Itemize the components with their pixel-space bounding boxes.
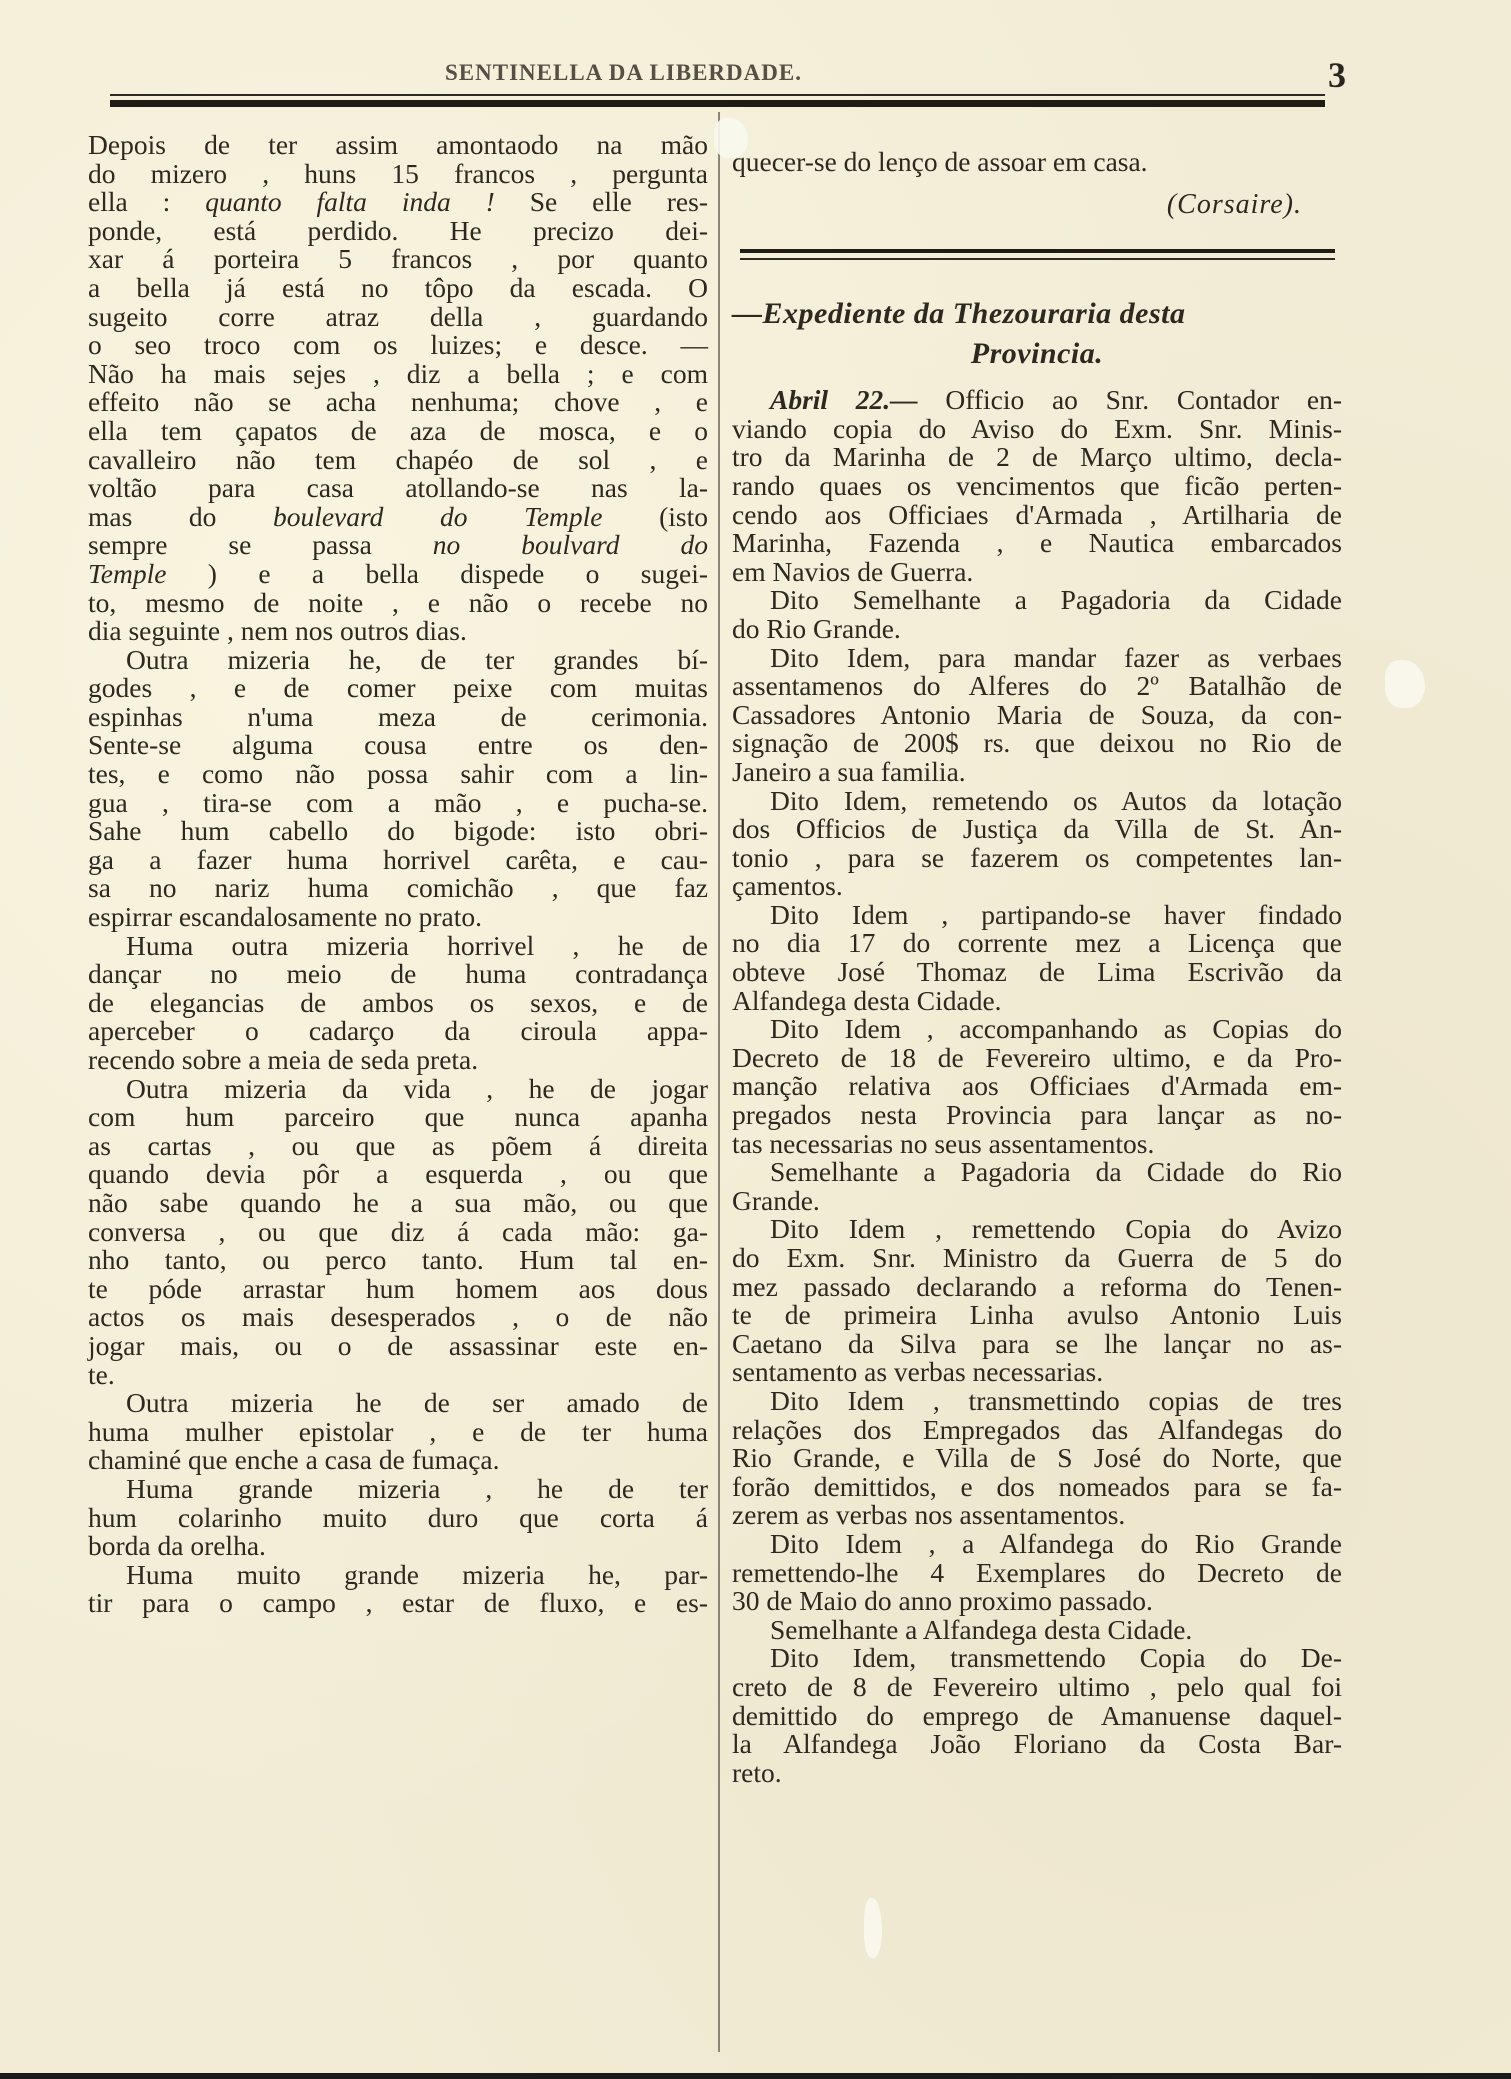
text-line: nho tanto, ou perco tanto. Hum tal en- xyxy=(88,1246,708,1275)
page-number: 3 xyxy=(1328,54,1346,96)
text-line: creto de 8 de Fevereiro ultimo , pelo qu… xyxy=(732,1673,1342,1702)
paragraph: Outra mizeria he, de ter grandes bí- god… xyxy=(88,646,708,932)
continuation-line: quecer-se do lenço de assoar em casa. xyxy=(732,148,1342,177)
text-line: tes, e como não possa sahir com a lin- xyxy=(88,760,708,789)
text-line: de elegancias de ambos os sexos, e de xyxy=(88,989,708,1018)
text-line: Huma outra mizeria horrivel , he de xyxy=(88,932,708,961)
header-rule-thin xyxy=(110,94,1325,96)
paper-tear xyxy=(714,118,748,158)
text-line: rando quaes os vencimentos que ficão per… xyxy=(732,472,1342,501)
text-line: espirrar escandalosamente no prato. xyxy=(88,903,708,932)
text-line: tro da Marinha de 2 de Março ultimo, dec… xyxy=(732,443,1342,472)
list-item: Semelhante a Pagadoria da Cidade do Rio … xyxy=(732,1158,1342,1215)
text-line: quando devia pôr a esquerda , ou que xyxy=(88,1160,708,1189)
paragraph: Huma grande mizeria , he de ter hum cola… xyxy=(88,1475,708,1561)
paper-tear xyxy=(1385,660,1425,708)
text-line: te. xyxy=(88,1361,708,1390)
paragraph: Outra mizeria he de ser amado de huma mu… xyxy=(88,1389,708,1475)
text-line: Dito Idem , remettendo Copia do Avizo xyxy=(732,1215,1342,1244)
text-line: hum colarinho muito duro que corta á xyxy=(88,1504,708,1533)
divider-rule-thin xyxy=(740,258,1335,260)
text-line: voltão para casa atollando-se nas la- xyxy=(88,474,708,503)
text-line: Sahe hum cabello do bigode: isto obri- xyxy=(88,817,708,846)
text-line: demittido do emprego de Amanuense daquel… xyxy=(732,1702,1342,1731)
text-line: com hum parceiro que nunca apanha xyxy=(88,1103,708,1132)
text-line: Grande. xyxy=(732,1187,1342,1216)
dateline: Abril 22.— xyxy=(770,384,918,415)
text-line: cavalleiro não tem chapéo de sol , e xyxy=(88,446,708,475)
text-line: conversa , ou que diz á cada mão: ga- xyxy=(88,1218,708,1247)
text-line: não sabe quando he a sua mão, ou que xyxy=(88,1189,708,1218)
text-line: tir para o campo , estar de fluxo, e es- xyxy=(88,1589,708,1618)
text-line: remettendo-lhe 4 Exemplares do Decreto d… xyxy=(732,1559,1342,1588)
divider-rule-thick xyxy=(740,249,1335,253)
text-line: jogar mais, ou o de assassinar este en- xyxy=(88,1332,708,1361)
text-line: recendo sobre a meia de seda preta. xyxy=(88,1046,708,1075)
text-line: Depois de ter assim amontaodo na mão xyxy=(88,131,708,160)
paragraph: Depois de ter assim amontaodo na mão do … xyxy=(88,131,708,646)
text-line: Marinha, Fazenda , e Nautica embarcados xyxy=(732,529,1342,558)
list-item: Dito Idem , a Alfandega do Rio Grande re… xyxy=(732,1530,1342,1616)
text-line: Cassadores Antonio Maria de Souza, da co… xyxy=(732,701,1342,730)
list-item: Dito Semelhante a Pagadoria da Cidade do… xyxy=(732,586,1342,643)
list-item: Dito Idem , accompanhando as Copias do D… xyxy=(732,1015,1342,1158)
text-line: Dito Semelhante a Pagadoria da Cidade xyxy=(732,586,1342,615)
section-heading-line: Provincia. xyxy=(971,337,1104,370)
text-line: la Alfandega João Floriano da Costa Bar- xyxy=(732,1730,1342,1759)
text-line: Huma grande mizeria , he de ter xyxy=(88,1475,708,1504)
text-line: signação de 200$ rs. que deixou no Rio d… xyxy=(732,729,1342,758)
text-line: do mizero , huns 15 francos , pergunta xyxy=(88,160,708,189)
text-line: ga a fazer huma horrivel carêta, e cau- xyxy=(88,846,708,875)
section-heading: —Expediente da Thezouraria desta Provinc… xyxy=(732,294,1342,374)
list-item: Abril 22.— Officio ao Snr. Contador en- … xyxy=(732,386,1342,586)
text-line: 30 de Maio do anno proximo passado. xyxy=(732,1587,1342,1616)
list-item: Dito Idem, remetendo os Autos da lotação… xyxy=(732,787,1342,901)
text-line: Outra mizeria da vida , he de jogar xyxy=(88,1075,708,1104)
text-line: Dito Idem , a Alfandega do Rio Grande xyxy=(732,1530,1342,1559)
section-heading-line: —Expediente da Thezouraria desta xyxy=(732,294,1342,334)
list-item: Dito Idem , partipando-se haver findado … xyxy=(732,901,1342,1015)
text-line: ella : quanto falta inda ! Se elle res- xyxy=(88,188,708,217)
newspaper-page: SENTINELLA DA LIBERDADE. 3 Depois de ter… xyxy=(0,0,1511,2079)
text-line: chaminé que enche a casa de fumaça. xyxy=(88,1446,708,1475)
newspaper-title: SENTINELLA DA LIBERDADE. xyxy=(445,60,802,86)
text-line: forão demittidos, e dos nomeados para se… xyxy=(732,1473,1342,1502)
text-line: cendo aos Officiaes d'Armada , Artilhari… xyxy=(732,501,1342,530)
text-line: Dito Idem, transmettendo Copia do De- xyxy=(732,1644,1342,1673)
text-line: effeito não se acha nenhuma; chove , e xyxy=(88,388,708,417)
text-line: Dito Idem , accompanhando as Copias do xyxy=(732,1015,1342,1044)
text-line: mas do boulevard do Temple (isto xyxy=(88,503,708,532)
text-line: Temple ) e a bella dispede o sugei- xyxy=(88,560,708,589)
text-line: gua , tira-se com a mão , e pucha-se. xyxy=(88,789,708,818)
text-line: ponde, está perdido. He precizo dei- xyxy=(88,217,708,246)
list-item: Dito Idem , remettendo Copia do Avizo do… xyxy=(732,1215,1342,1387)
text-line: pregados nesta Provincia para lançar as … xyxy=(732,1101,1342,1130)
text-line: Não ha mais sejes , diz a bella ; e com xyxy=(88,360,708,389)
text-line: assentamenos do Alferes do 2º Batalhão d… xyxy=(732,672,1342,701)
text-line: actos os mais desesperados , o de não xyxy=(88,1303,708,1332)
paper-tear xyxy=(864,1898,882,1958)
text-line: Semelhante a Pagadoria da Cidade do Rio xyxy=(732,1158,1342,1187)
text-line: dos Officios de Justiça da Villa de St. … xyxy=(732,815,1342,844)
text-line: çamentos. xyxy=(732,872,1342,901)
text-line: aperceber o cadarço da ciroula appa- xyxy=(88,1017,708,1046)
text-line: tas necessarias no seus assentamentos. xyxy=(732,1130,1342,1159)
text-line: reto. xyxy=(732,1759,1342,1788)
text-line: sa no nariz huma comichão , que faz xyxy=(88,874,708,903)
text-line: no dia 17 do corrente mez a Licença que xyxy=(732,929,1342,958)
text-line: godes , e de comer peixe com muitas xyxy=(88,674,708,703)
text-line: manção relativa aos Officiaes d'Armada e… xyxy=(732,1072,1342,1101)
text-line: Rio Grande, e Villa de S José do Norte, … xyxy=(732,1444,1342,1473)
page-bottom-edge xyxy=(0,2073,1511,2079)
text-line: borda da orelha. xyxy=(88,1532,708,1561)
text-line: obteve José Thomaz de Lima Escrivão da xyxy=(732,958,1342,987)
text-line: Semelhante a Alfandega desta Cidade. xyxy=(732,1616,1342,1645)
text-line: sentamento as verbas necessarias. xyxy=(732,1358,1342,1387)
text-line: ella tem çapatos de aza de mosca, e o xyxy=(88,417,708,446)
attribution: (Corsaire). xyxy=(732,191,1342,220)
text-line: do Exm. Snr. Ministro da Guerra de 5 do xyxy=(732,1244,1342,1273)
text-line: xar á porteira 5 francos , por quanto xyxy=(88,245,708,274)
text-line: a bella já está no tôpo da escada. O xyxy=(88,274,708,303)
list-item: Dito Idem, para mandar fazer as verbaes … xyxy=(732,644,1342,787)
text-line: Dito Idem , partipando-se haver findado xyxy=(732,901,1342,930)
text-line: espinhas n'uma meza de cerimonia. xyxy=(88,703,708,732)
header-rule-thick xyxy=(110,100,1325,107)
text-line: Dito Idem, para mandar fazer as verbaes xyxy=(732,644,1342,673)
italic-phrase: no boulvard do xyxy=(433,529,708,560)
text-line: Dito Idem, remetendo os Autos da lotação xyxy=(732,787,1342,816)
text-line: tonio , para se fazerem os competentes l… xyxy=(732,844,1342,873)
paragraph: Huma outra mizeria horrivel , he de danç… xyxy=(88,932,708,1075)
text-line: te de primeira Linha avulso Antonio Luis xyxy=(732,1301,1342,1330)
list-item: Dito Idem, transmettendo Copia do De- cr… xyxy=(732,1644,1342,1787)
list-item: Semelhante a Alfandega desta Cidade. xyxy=(732,1616,1342,1645)
text-line: Dito Idem , transmettindo copias de tres xyxy=(732,1387,1342,1416)
list-item: Dito Idem , transmettindo copias de tres… xyxy=(732,1387,1342,1530)
text-line: huma mulher epistolar , e de ter huma xyxy=(88,1418,708,1447)
column-divider xyxy=(718,112,720,2052)
text-line: zerem as verbas nos assentamentos. xyxy=(732,1501,1342,1530)
text-line: Abril 22.— Officio ao Snr. Contador en- xyxy=(732,386,1342,415)
paragraph: Outra mizeria da vida , he de jogar com … xyxy=(88,1075,708,1390)
text-line: dia seguinte , nem nos outros dias. xyxy=(88,617,708,646)
text-line: relações dos Empregados das Alfandegas d… xyxy=(732,1416,1342,1445)
text-line: em Navios de Guerra. xyxy=(732,558,1342,587)
section-divider xyxy=(740,249,1335,260)
text-line: Alfandega desta Cidade. xyxy=(732,987,1342,1016)
text-line: Janeiro a sua familia. xyxy=(732,758,1342,787)
text-line: Sente-se alguma cousa entre os den- xyxy=(88,731,708,760)
text-line: sempre se passa no boulvard do xyxy=(88,531,708,560)
text-line: mez passado declarando a reforma do Tene… xyxy=(732,1273,1342,1302)
italic-phrase: quanto falta inda ! xyxy=(205,186,495,217)
text-line: Decreto de 18 de Fevereiro ultimo, e da … xyxy=(732,1044,1342,1073)
text-line: to, mesmo de noite , e não o recebe no xyxy=(88,589,708,618)
italic-phrase: boulevard do Temple xyxy=(273,501,603,532)
text-line: te póde arrastar hum homem aos dous xyxy=(88,1275,708,1304)
text-line: Outra mizeria he de ser amado de xyxy=(88,1389,708,1418)
text-line: o seo troco com os luizes; e desce. — xyxy=(88,331,708,360)
right-column: quecer-se do lenço de assoar em casa. (C… xyxy=(732,148,1342,1787)
text-line: viando copia do Aviso do Exm. Snr. Minis… xyxy=(732,415,1342,444)
entries-list: Abril 22.— Officio ao Snr. Contador en- … xyxy=(732,386,1342,1787)
text-line: sugeito corre atraz della , guardando xyxy=(88,303,708,332)
text-line: Outra mizeria he, de ter grandes bí- xyxy=(88,646,708,675)
italic-phrase: Temple xyxy=(88,558,166,589)
text-line: dançar no meio de huma contradança xyxy=(88,960,708,989)
text-line: as cartas , ou que as põem á direita xyxy=(88,1132,708,1161)
text-line: do Rio Grande. xyxy=(732,615,1342,644)
text-line: Caetano da Silva para se lhe lançar no a… xyxy=(732,1330,1342,1359)
left-column: Depois de ter assim amontaodo na mão do … xyxy=(88,131,708,1618)
paragraph: Huma muito grande mizeria he, par- tir p… xyxy=(88,1561,708,1618)
text-line: Huma muito grande mizeria he, par- xyxy=(88,1561,708,1590)
